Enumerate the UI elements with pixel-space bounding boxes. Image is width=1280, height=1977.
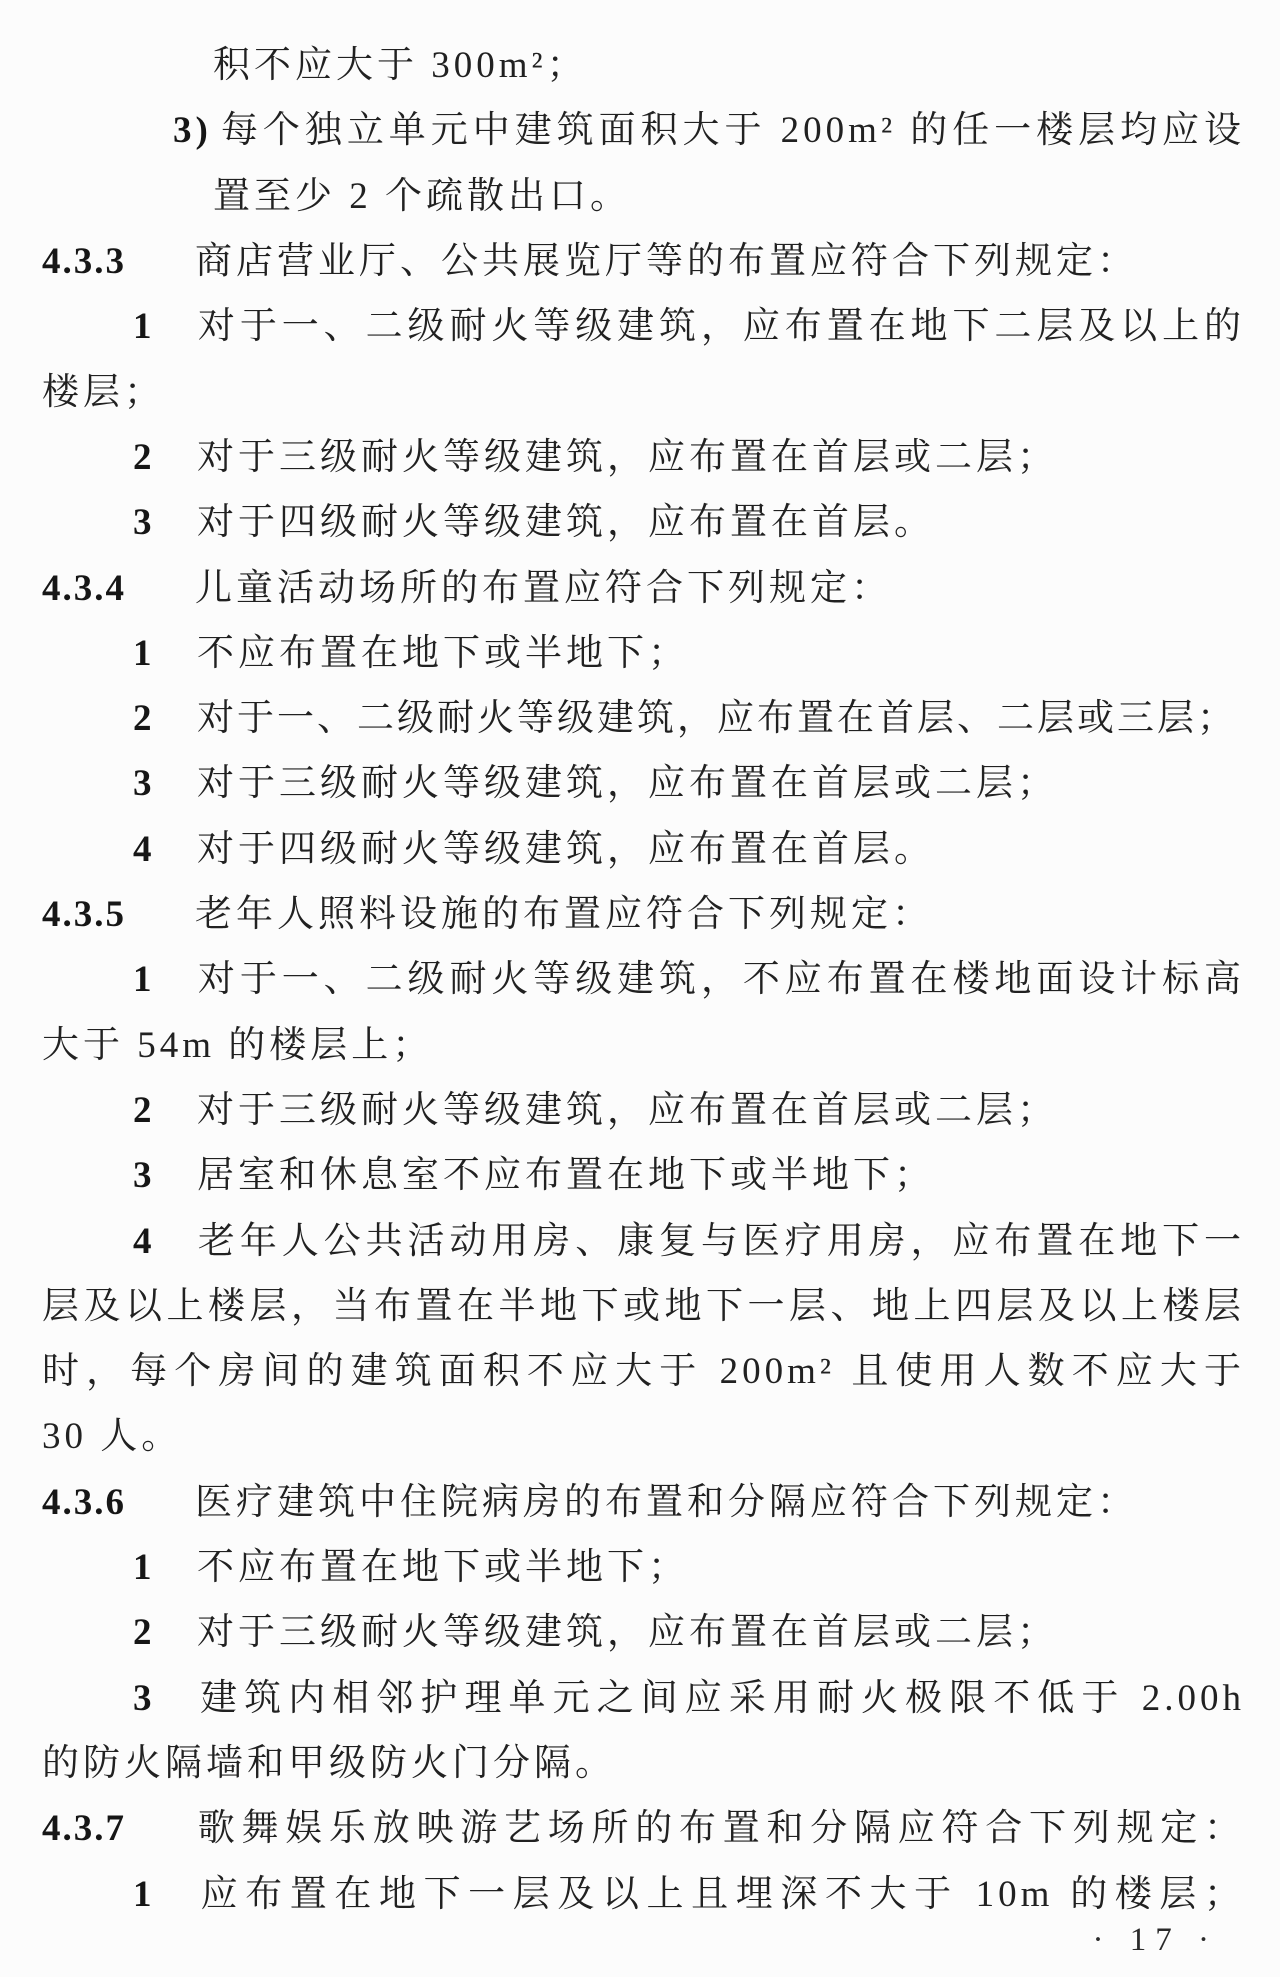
text-line: 2对于三级耐火等级建筑，应布置在首层或二层； (42, 1086, 1245, 1136)
line-text: 居室和休息室不应布置在地下或半地下； (197, 1155, 935, 1196)
line-text: 时，每个房间的建筑面积不应大于 200m² 且使用人数不应大于 (42, 1351, 1245, 1392)
item-number: 3 (133, 1151, 197, 1201)
line-text: 对于三级耐火等级建筑，应布置在首层或二层； (197, 1612, 1058, 1653)
page-number: · 17 · (1093, 1922, 1218, 1959)
text-line: 楼层； (42, 368, 1245, 418)
line-text: 对于四级耐火等级建筑，应布置在首层。 (197, 829, 935, 870)
line-text: 对于一、二级耐火等级建筑，不应布置在楼地面设计标高 (197, 959, 1245, 1000)
section-number: 4.3.3 (42, 237, 195, 287)
line-text: 商店营业厅、公共展览厅等的布置应符合下列规定： (195, 241, 1138, 282)
line-text: 应布置在地下一层及以上且埋深不大于 10m 的楼层； (197, 1874, 1245, 1915)
text-line: 大于 54m 的楼层上； (42, 1021, 1245, 1071)
line-text: 层及以上楼层，当布置在半地下或地下一层、地上四层及以上楼层 (42, 1286, 1245, 1327)
text-line: 4对于四级耐火等级建筑，应布置在首层。 (42, 825, 1245, 875)
document-page: 积不应大于 300m²； 3)每个独立单元中建筑面积大于 200m² 的任一楼层… (0, 0, 1280, 1977)
text-line: 2对于三级耐火等级建筑，应布置在首层或二层； (42, 1608, 1245, 1658)
line-text: 30 人。 (42, 1416, 182, 1457)
section-heading: 4.3.6医疗建筑中住院病房的布置和分隔应符合下列规定： (42, 1478, 1245, 1528)
text-line: 4老年人公共活动用房、康复与医疗用房，应布置在地下一 (42, 1217, 1245, 1267)
item-number: 2 (133, 1608, 197, 1658)
line-text: 不应布置在地下或半地下； (197, 1547, 689, 1588)
item-number: 3 (133, 1674, 197, 1724)
item-number: 1 (133, 1543, 197, 1593)
section-number: 4.3.7 (42, 1804, 195, 1854)
text-line: 积不应大于 300m²； (42, 41, 1245, 91)
line-text: 楼层； (42, 372, 165, 413)
text-line: 2对于三级耐火等级建筑，应布置在首层或二层； (42, 433, 1245, 483)
text-line: 30 人。 (42, 1412, 1245, 1462)
text-line: 1应布置在地下一层及以上且埋深不大于 10m 的楼层； (42, 1870, 1245, 1920)
sub-item-number: 3) (173, 106, 220, 156)
text-line: 1不应布置在地下或半地下； (42, 1543, 1245, 1593)
line-text: 歌舞娱乐放映游艺场所的布置和分隔应符合下列规定： (195, 1808, 1245, 1849)
item-number: 4 (133, 1217, 197, 1267)
text-line: 的防火隔墙和甲级防火门分隔。 (42, 1739, 1245, 1789)
item-number: 3 (133, 498, 197, 548)
section-heading: 4.3.3商店营业厅、公共展览厅等的布置应符合下列规定： (42, 237, 1245, 287)
text-line: 3对于四级耐火等级建筑，应布置在首层。 (42, 498, 1245, 548)
text-line: 3居室和休息室不应布置在地下或半地下； (42, 1151, 1245, 1201)
line-text: 老年人照料设施的布置应符合下列规定： (195, 894, 933, 935)
text-line: 1对于一、二级耐火等级建筑，应布置在地下二层及以上的 (42, 302, 1245, 352)
text-line: 时，每个房间的建筑面积不应大于 200m² 且使用人数不应大于 (42, 1347, 1245, 1397)
line-text: 对于三级耐火等级建筑，应布置在首层或二层； (197, 1090, 1058, 1131)
item-number: 2 (133, 1086, 197, 1136)
item-number: 2 (133, 433, 197, 483)
line-text: 建筑内相邻护理单元之间应采用耐火极限不低于 2.00h (197, 1678, 1245, 1719)
line-text: 老年人公共活动用房、康复与医疗用房，应布置在地下一 (197, 1221, 1245, 1262)
line-text: 每个独立单元中建筑面积大于 200m² 的任一楼层均应设 (220, 110, 1245, 151)
section-number: 4.3.6 (42, 1478, 195, 1528)
line-text: 置至少 2 个疏散出口。 (213, 176, 631, 217)
text-line: 3)每个独立单元中建筑面积大于 200m² 的任一楼层均应设 (42, 106, 1245, 156)
line-text: 儿童活动场所的布置应符合下列规定： (195, 568, 892, 609)
line-text: 对于三级耐火等级建筑，应布置在首层或二层； (197, 763, 1058, 804)
item-number: 4 (133, 825, 197, 875)
line-text: 对于三级耐火等级建筑，应布置在首层或二层； (197, 437, 1058, 478)
line-text: 的防火隔墙和甲级防火门分隔。 (42, 1743, 616, 1784)
item-number: 2 (133, 694, 197, 744)
item-number: 1 (133, 302, 197, 352)
line-text: 积不应大于 300m²； (213, 45, 588, 86)
text-line: 1不应布置在地下或半地下； (42, 629, 1245, 679)
line-text: 不应布置在地下或半地下； (197, 633, 689, 674)
item-number: 1 (133, 955, 197, 1005)
item-number: 1 (133, 629, 197, 679)
item-number: 3 (133, 759, 197, 809)
section-number: 4.3.5 (42, 890, 195, 940)
text-line: 3对于三级耐火等级建筑，应布置在首层或二层； (42, 759, 1245, 809)
section-number: 4.3.4 (42, 564, 195, 614)
line-text: 对于四级耐火等级建筑，应布置在首层。 (197, 502, 935, 543)
line-text: 对于一、二级耐火等级建筑，应布置在首层、二层或三层； (197, 698, 1237, 739)
line-text: 对于一、二级耐火等级建筑，应布置在地下二层及以上的 (197, 306, 1245, 347)
line-text: 医疗建筑中住院病房的布置和分隔应符合下列规定： (195, 1482, 1138, 1523)
text-line: 1对于一、二级耐火等级建筑，不应布置在楼地面设计标高 (42, 955, 1245, 1005)
section-heading: 4.3.4儿童活动场所的布置应符合下列规定： (42, 564, 1245, 614)
text-line: 层及以上楼层，当布置在半地下或地下一层、地上四层及以上楼层 (42, 1282, 1245, 1332)
text-line: 置至少 2 个疏散出口。 (42, 172, 1245, 222)
section-heading: 4.3.5老年人照料设施的布置应符合下列规定： (42, 890, 1245, 940)
line-text: 大于 54m 的楼层上； (42, 1025, 433, 1066)
text-line: 3建筑内相邻护理单元之间应采用耐火极限不低于 2.00h (42, 1674, 1245, 1724)
item-number: 1 (133, 1870, 197, 1920)
text-line: 2对于一、二级耐火等级建筑，应布置在首层、二层或三层； (42, 694, 1245, 744)
section-heading: 4.3.7歌舞娱乐放映游艺场所的布置和分隔应符合下列规定： (42, 1804, 1245, 1854)
